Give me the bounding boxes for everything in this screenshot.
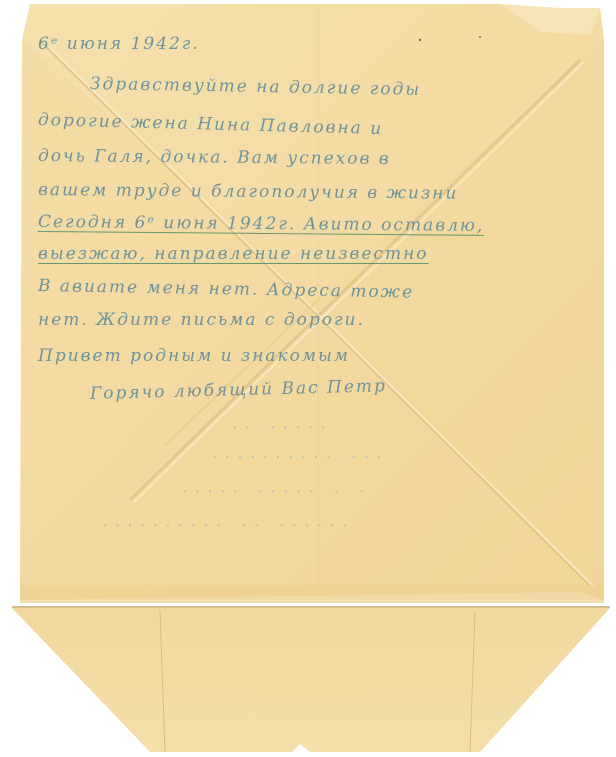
faded-reverse-text: ····· ····· · ·	[180, 482, 370, 501]
letter-line: Сегодня 6ᵉ июня 1942г. Авито оставлю,	[38, 212, 485, 236]
faded-reverse-text: ·········· ···	[210, 448, 387, 467]
letter-date: 6ᵉ июня 1942г.	[38, 34, 200, 54]
letter-line: выезжаю, направление неизвестно	[38, 244, 429, 264]
bottom-flap	[12, 608, 610, 752]
letter-line: Привет родным и знакомым	[38, 346, 350, 366]
letter-line: нет. Ждите письма с дороги.	[38, 310, 365, 330]
faded-reverse-text: ·· ·····	[230, 418, 331, 437]
faded-reverse-text: ·········· ·· ······	[100, 516, 353, 535]
letter-line: дочь Галя, дочка. Вам успехов в	[38, 146, 391, 169]
letter-line: вашем труде и благополучия в жизни	[38, 180, 459, 204]
